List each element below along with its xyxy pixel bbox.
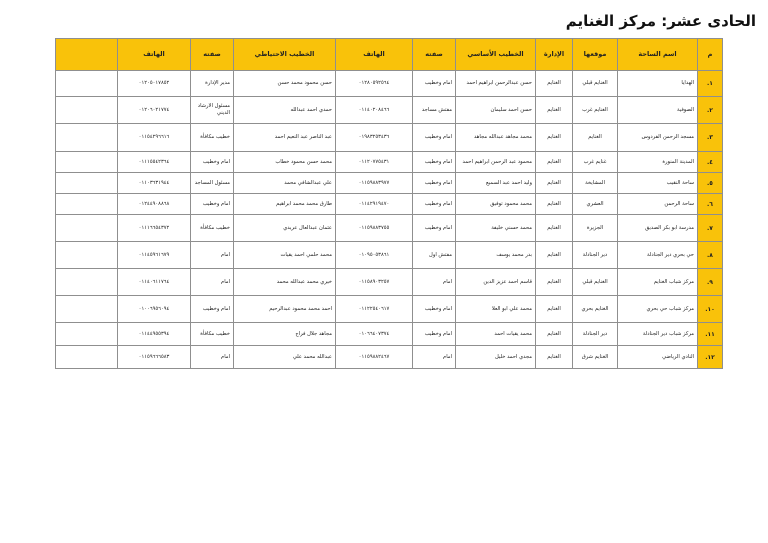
header-backup-phone: الهاتف bbox=[118, 39, 191, 71]
main-phone: ٠١٩٨٣٢٥٣٤٣٦ bbox=[336, 124, 413, 152]
row-number: ٩. bbox=[698, 269, 723, 296]
administration: الغنايم bbox=[536, 323, 573, 346]
square-name: المدينة المنورة bbox=[618, 152, 698, 173]
row-number: ١٢. bbox=[698, 346, 723, 369]
backup-preacher: حمدي احمد عبدالله bbox=[234, 97, 336, 124]
square-name: مركز شباب حي بحري bbox=[618, 296, 698, 323]
table-row: ٧.مدرسة ابو بكر الصديقالجزيرةالغنايممحمد… bbox=[56, 215, 723, 242]
backup-preacher: محمد حسن محمود خطاب bbox=[234, 152, 336, 173]
extra-cell bbox=[56, 242, 118, 269]
backup-role: مدير الإدارة bbox=[191, 71, 234, 97]
main-role: امام وخطيب bbox=[413, 323, 456, 346]
table-row: ٨.حي بحري دير الجنادلةدير الجنادلةالغناي… bbox=[56, 242, 723, 269]
extra-cell bbox=[56, 124, 118, 152]
row-number: ٢. bbox=[698, 97, 723, 124]
main-preacher: وليد احمد عبد السميع bbox=[456, 173, 536, 194]
location: المشايخة bbox=[573, 173, 618, 194]
square-name: مركز شباب دير الجنادلة bbox=[618, 323, 698, 346]
main-phone: ٠١١٤٢٩١٩٤٧٠ bbox=[336, 194, 413, 215]
header-backup-preacher: الخطيب الاحتياطي bbox=[234, 39, 336, 71]
header-main-preacher: الخطيب الأساسي bbox=[456, 39, 536, 71]
administration: الغنايم bbox=[536, 346, 573, 369]
extra-cell bbox=[56, 215, 118, 242]
header-main-role: صفته bbox=[413, 39, 456, 71]
location: الغنايم قبلي bbox=[573, 269, 618, 296]
location: الغنايم bbox=[573, 124, 618, 152]
header-square-name: اسم الساحة bbox=[618, 39, 698, 71]
square-name: الصوفية bbox=[618, 97, 698, 124]
row-number: ٥. bbox=[698, 173, 723, 194]
main-phone: ٠١١٥٩٨٨٣٧٥٥ bbox=[336, 215, 413, 242]
administration: الغنايم bbox=[536, 97, 573, 124]
backup-phone: ٠١٢٤٤٩٠٨٨٦٨ bbox=[118, 194, 191, 215]
location: دير الجنادلة bbox=[573, 242, 618, 269]
square-name: مركز شباب الغنايم bbox=[618, 269, 698, 296]
backup-preacher: احمد محمد محمود عبدالرحيم bbox=[234, 296, 336, 323]
backup-preacher: عبدالله محمد علي bbox=[234, 346, 336, 369]
main-role: امام وخطيب bbox=[413, 194, 456, 215]
location: الغنايم قبلي bbox=[573, 71, 618, 97]
main-phone: ٠١٠٩٥٠٥٣٨٦١ bbox=[336, 242, 413, 269]
header-empty bbox=[56, 39, 118, 71]
extra-cell bbox=[56, 194, 118, 215]
backup-role: امام وخطيب bbox=[191, 194, 234, 215]
backup-phone: ٠١٠٠٦٩٥٦٠٩٤ bbox=[118, 296, 191, 323]
main-role: امام bbox=[413, 346, 456, 369]
square-name: ساحة النقيب bbox=[618, 173, 698, 194]
main-role: امام وخطيب bbox=[413, 173, 456, 194]
backup-phone: ٠١١٤٠٦١١٧٦٤ bbox=[118, 269, 191, 296]
main-phone: ٠١١٥٨٩٠٣٢٥٧ bbox=[336, 269, 413, 296]
backup-role: امام bbox=[191, 269, 234, 296]
location: العشري bbox=[573, 194, 618, 215]
main-role: امام وخطيب bbox=[413, 71, 456, 97]
row-number: ٨. bbox=[698, 242, 723, 269]
main-preacher: مجدي احمد خليل bbox=[456, 346, 536, 369]
header-number: م bbox=[698, 39, 723, 71]
main-phone: ٠١١٢٢٥٤٠٦١٧ bbox=[336, 296, 413, 323]
extra-cell bbox=[56, 173, 118, 194]
location: دير الجنادلة bbox=[573, 323, 618, 346]
table-row: ١٠.مركز شباب حي بحريالغنايم بحريالغنايمم… bbox=[56, 296, 723, 323]
main-role: مفتش اول bbox=[413, 242, 456, 269]
header-main-phone: الهاتف bbox=[336, 39, 413, 71]
backup-phone: ٠١١٥٤٢٩٦٦١٦ bbox=[118, 124, 191, 152]
backup-preacher: محمد حلمي احمد يقيات bbox=[234, 242, 336, 269]
main-phone: ٠١١٥٩٨٨٢٤٦٧ bbox=[336, 346, 413, 369]
backup-role: امام bbox=[191, 242, 234, 269]
extra-cell bbox=[56, 269, 118, 296]
header-administration: الإدارة bbox=[536, 39, 573, 71]
backup-phone: ٠١١٤٤٩٥٥٣٩٤ bbox=[118, 323, 191, 346]
table-row: ١٢.النادي الرياضيالغنايم شرقالغنايممجدي … bbox=[56, 346, 723, 369]
backup-phone: ٠١١٠٣٦٣١٩٤٤ bbox=[118, 173, 191, 194]
main-preacher: حسن احمد سليمان bbox=[456, 97, 536, 124]
square-name: مدرسة ابو بكر الصديق bbox=[618, 215, 698, 242]
main-role: امام وخطيب bbox=[413, 296, 456, 323]
header-backup-role: صفته bbox=[191, 39, 234, 71]
table-row: ٦.ساحة الرحمنالعشريالغنايممحمد محمود توف… bbox=[56, 194, 723, 215]
main-preacher: محمد علي ابو العلا bbox=[456, 296, 536, 323]
row-number: ٤. bbox=[698, 152, 723, 173]
backup-role: خطيب مكافأة bbox=[191, 124, 234, 152]
backup-phone: ٠١١٤٥٩٦١٦٧٩ bbox=[118, 242, 191, 269]
main-phone: ٠١٢٨٠٥٩٢٥٦٤ bbox=[336, 71, 413, 97]
table-row: ١١.مركز شباب دير الجنادلةدير الجنادلةالغ… bbox=[56, 323, 723, 346]
table-header-row: م اسم الساحة موقعها الإدارة الخطيب الأسا… bbox=[56, 39, 723, 71]
square-name: حي بحري دير الجنادلة bbox=[618, 242, 698, 269]
square-name: ساحة الرحمن bbox=[618, 194, 698, 215]
row-number: ١٠. bbox=[698, 296, 723, 323]
backup-preacher: خيري محمد عبدالله محمد bbox=[234, 269, 336, 296]
main-preacher: محمود عبد الرحمن ابراهيم احمد bbox=[456, 152, 536, 173]
backup-phone: ٠١٢٠٥٠١٧٨٥٢ bbox=[118, 71, 191, 97]
backup-preacher: علي عبدالشافي محمد bbox=[234, 173, 336, 194]
square-name: النادي الرياضي bbox=[618, 346, 698, 369]
location: الجزيرة bbox=[573, 215, 618, 242]
main-role: مفتش مساجد bbox=[413, 97, 456, 124]
backup-preacher: مجاهد جلال فراج bbox=[234, 323, 336, 346]
main-preacher: قاسم احمد عزيز الدين bbox=[456, 269, 536, 296]
backup-phone: ٠١٢٠٦٠٢١٧٧٤ bbox=[118, 97, 191, 124]
backup-role: خطيب مكافأة bbox=[191, 323, 234, 346]
backup-phone: ٠١١٥٩٦٦٦٥٨٣ bbox=[118, 346, 191, 369]
administration: الغنايم bbox=[536, 152, 573, 173]
backup-phone: ٠١١١٥٥٤٢٣٦٤ bbox=[118, 152, 191, 173]
main-preacher: محمد يقيات احمد bbox=[456, 323, 536, 346]
location: الغنايم شرق bbox=[573, 346, 618, 369]
extra-cell bbox=[56, 323, 118, 346]
main-preacher: محمد محمود توفيق bbox=[456, 194, 536, 215]
main-preacher: حسن عبدالرحمن ابراهيم احمد bbox=[456, 71, 536, 97]
administration: الغنايم bbox=[536, 71, 573, 97]
backup-role: خطيب مكافأة bbox=[191, 215, 234, 242]
page-title: الحادى عشر: مركز الغنايم bbox=[566, 12, 756, 30]
backup-preacher: عبد الناصر عبد النعيم احمد bbox=[234, 124, 336, 152]
main-preacher: محمد مجاهد عبدالله مجاهد bbox=[456, 124, 536, 152]
administration: الغنايم bbox=[536, 269, 573, 296]
backup-role: امام وخطيب bbox=[191, 152, 234, 173]
main-phone: ٠١١٢٠٧٧٥٤٣١ bbox=[336, 152, 413, 173]
extra-cell bbox=[56, 71, 118, 97]
table-row: ٩.مركز شباب الغنايمالغنايم قبليالغنايمقا… bbox=[56, 269, 723, 296]
administration: الغنايم bbox=[536, 173, 573, 194]
square-name: الهدايا bbox=[618, 71, 698, 97]
administration: الغنايم bbox=[536, 124, 573, 152]
table-row: ٣.مسجد الرحمن الفردوسالغنايمالغنايممحمد … bbox=[56, 124, 723, 152]
main-preacher: بدر محمد يوسف bbox=[456, 242, 536, 269]
backup-role: مسئول المساجد bbox=[191, 173, 234, 194]
backup-preacher: حسن محمود محمد حسن bbox=[234, 71, 336, 97]
table-row: ٢.الصوفيةالغنايم غربالغنايمحسن احمد سليم… bbox=[56, 97, 723, 124]
table-row: ٥.ساحة النقيبالمشايخةالغنايموليد احمد عب… bbox=[56, 173, 723, 194]
row-number: ٦. bbox=[698, 194, 723, 215]
row-number: ١١. bbox=[698, 323, 723, 346]
main-role: امام bbox=[413, 269, 456, 296]
administration: الغنايم bbox=[536, 296, 573, 323]
main-role: امام وخطيب bbox=[413, 215, 456, 242]
administration: الغنايم bbox=[536, 242, 573, 269]
location: الغنايم غرب bbox=[573, 97, 618, 124]
main-phone: ٠١٠٦٦٤٠٧٣٧٤ bbox=[336, 323, 413, 346]
administration: الغنايم bbox=[536, 215, 573, 242]
main-phone: ٠١١٤٠٢٠٨٤٦٦ bbox=[336, 97, 413, 124]
backup-role: امام bbox=[191, 346, 234, 369]
extra-cell bbox=[56, 346, 118, 369]
main-phone: ٠١١٥٩٨٨٣٩٧٧ bbox=[336, 173, 413, 194]
location: الغنايم بحري bbox=[573, 296, 618, 323]
extra-cell bbox=[56, 296, 118, 323]
main-preacher: محمد حسني خليفة bbox=[456, 215, 536, 242]
backup-phone: ٠١١١٦٦٥٤٣٧٢ bbox=[118, 215, 191, 242]
location: غنايم غرب bbox=[573, 152, 618, 173]
header-location: موقعها bbox=[573, 39, 618, 71]
backup-preacher: طارق محمد محمد ابراهيم bbox=[234, 194, 336, 215]
backup-role: مسئول الارشاد الديني bbox=[191, 97, 234, 124]
backup-preacher: عثمان عبدالعال عريدي bbox=[234, 215, 336, 242]
main-role: امام وخطيب bbox=[413, 152, 456, 173]
extra-cell bbox=[56, 152, 118, 173]
square-name: مسجد الرحمن الفردوس bbox=[618, 124, 698, 152]
main-role: امام وخطيب bbox=[413, 124, 456, 152]
row-number: ١. bbox=[698, 71, 723, 97]
row-number: ٣. bbox=[698, 124, 723, 152]
backup-role: امام وخطيب bbox=[191, 296, 234, 323]
extra-cell bbox=[56, 97, 118, 124]
table-row: ١.الهداياالغنايم قبليالغنايمحسن عبدالرحم… bbox=[56, 71, 723, 97]
table-row: ٤.المدينة المنورةغنايم غربالغنايممحمود ع… bbox=[56, 152, 723, 173]
administration: الغنايم bbox=[536, 194, 573, 215]
row-number: ٧. bbox=[698, 215, 723, 242]
mosques-table: م اسم الساحة موقعها الإدارة الخطيب الأسا… bbox=[55, 38, 723, 369]
